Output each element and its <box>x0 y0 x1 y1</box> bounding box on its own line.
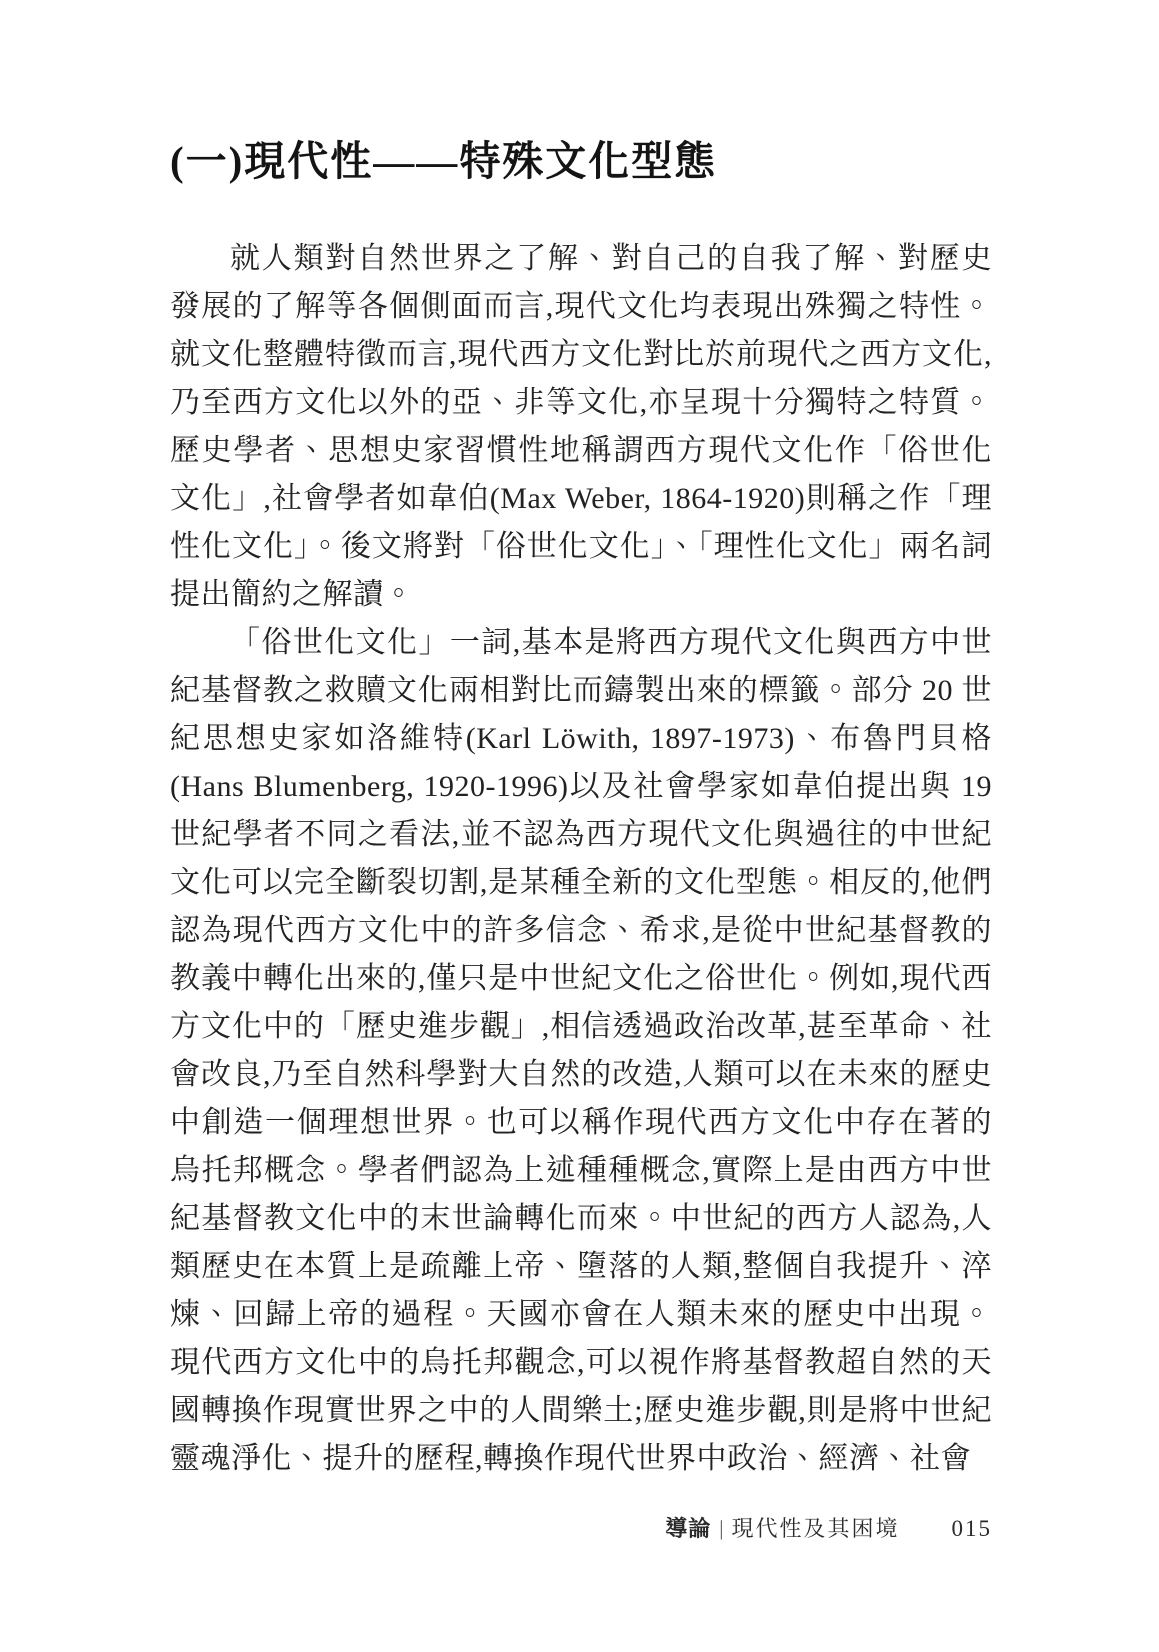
paragraph: 「俗世化文化」一詞,基本是將西方現代文化與西方中世紀基督教之救贖文化兩相對比而鑄… <box>170 619 992 1483</box>
footer-chapter-title: 現代性及其困境 <box>731 1512 899 1543</box>
footer-separator: | <box>719 1516 723 1541</box>
body-text: 就人類對自然世界之了解、對自己的自我了解、對歷史發展的了解等各個側面而言,現代文… <box>170 235 992 1483</box>
footer-section-label: 導論 <box>665 1512 711 1543</box>
page-title: (一)現代性——特殊文化型態 <box>170 138 992 185</box>
page-footer: 導論 | 現代性及其困境 015 <box>665 1512 992 1543</box>
page-number: 015 <box>952 1516 993 1542</box>
book-page-content: (一)現代性——特殊文化型態 就人類對自然世界之了解、對自己的自我了解、對歷史發… <box>170 138 992 1483</box>
paragraph: 就人類對自然世界之了解、對自己的自我了解、對歷史發展的了解等各個側面而言,現代文… <box>170 235 992 619</box>
